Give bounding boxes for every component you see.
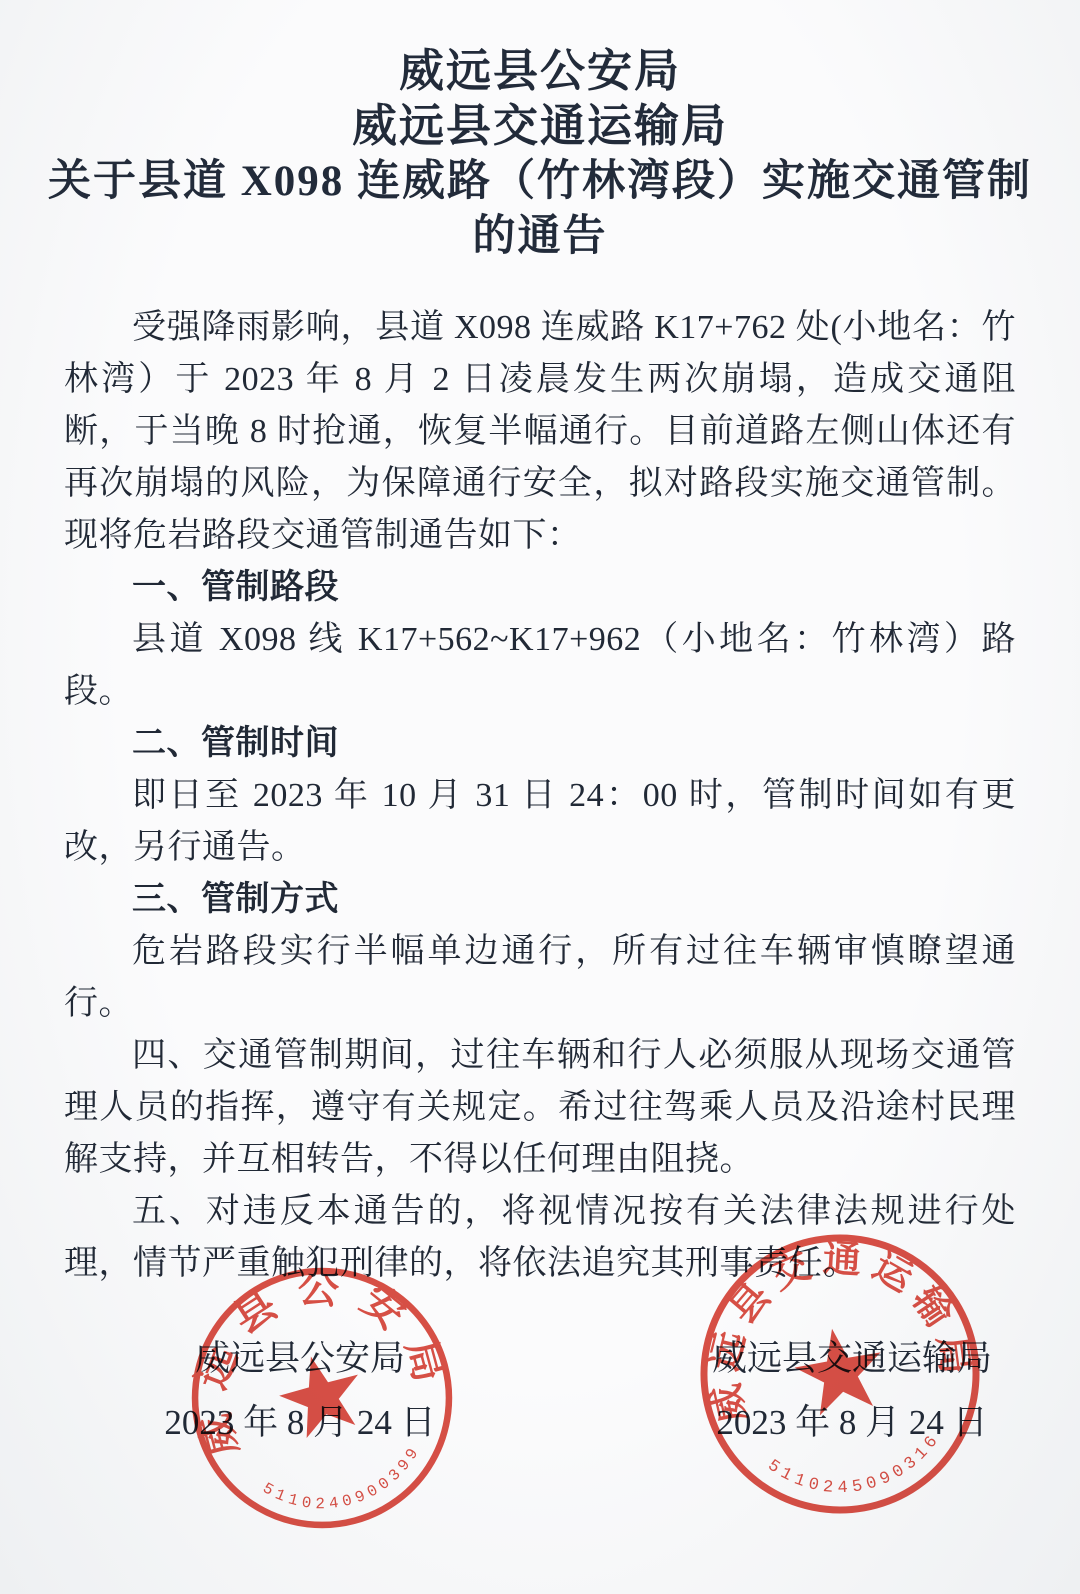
title-line-subject: 关于县道 X098 连威路（竹林湾段）实施交通管制的通告 <box>40 154 1040 264</box>
section-heading-3: 三、管制方式 <box>64 874 1016 926</box>
section-text-1: 县道 X098 线 K17+562~K17+962（小地名：竹林湾）路段。 <box>64 614 1016 718</box>
seal-star-icon <box>271 1346 370 1442</box>
title-line-agency-2: 威远县交通运输局 <box>40 99 1040 154</box>
seal-star-icon <box>789 1321 890 1418</box>
section-text-3: 危岩路段实行半幅单边通行，所有过往车辆审慎瞭望通行。 <box>64 926 1016 1030</box>
section-heading-2: 二、管制时间 <box>64 718 1016 770</box>
paragraph-intro: 受强降雨影响，县道 X098 连威路 K17+762 处(小地名：竹林湾）于 2… <box>64 302 1016 562</box>
official-seal-transport-bureau: 威远县交通运输局 5110245090316 <box>666 1200 1014 1548</box>
section-text-4: 四、交通管制期间，过往车辆和行人必须服从现场交通管理人员的指挥，遵守有关规定。希… <box>64 1030 1016 1186</box>
document-body: 受强降雨影响，县道 X098 连威路 K17+762 处(小地名：竹林湾）于 2… <box>64 302 1016 1290</box>
title-line-agency-1: 威远县公安局 <box>40 44 1040 99</box>
document-title: 威远县公安局 威远县交通运输局 关于县道 X098 连威路（竹林湾段）实施交通管… <box>40 44 1040 264</box>
section-heading-1: 一、管制路段 <box>64 562 1016 614</box>
document-page: 威远县公安局 威远县交通运输局 关于县道 X098 连威路（竹林湾段）实施交通管… <box>0 0 1080 1594</box>
section-text-2: 即日至 2023 年 10 月 31 日 24：00 时，管制时间如有更改，另行… <box>64 770 1016 874</box>
